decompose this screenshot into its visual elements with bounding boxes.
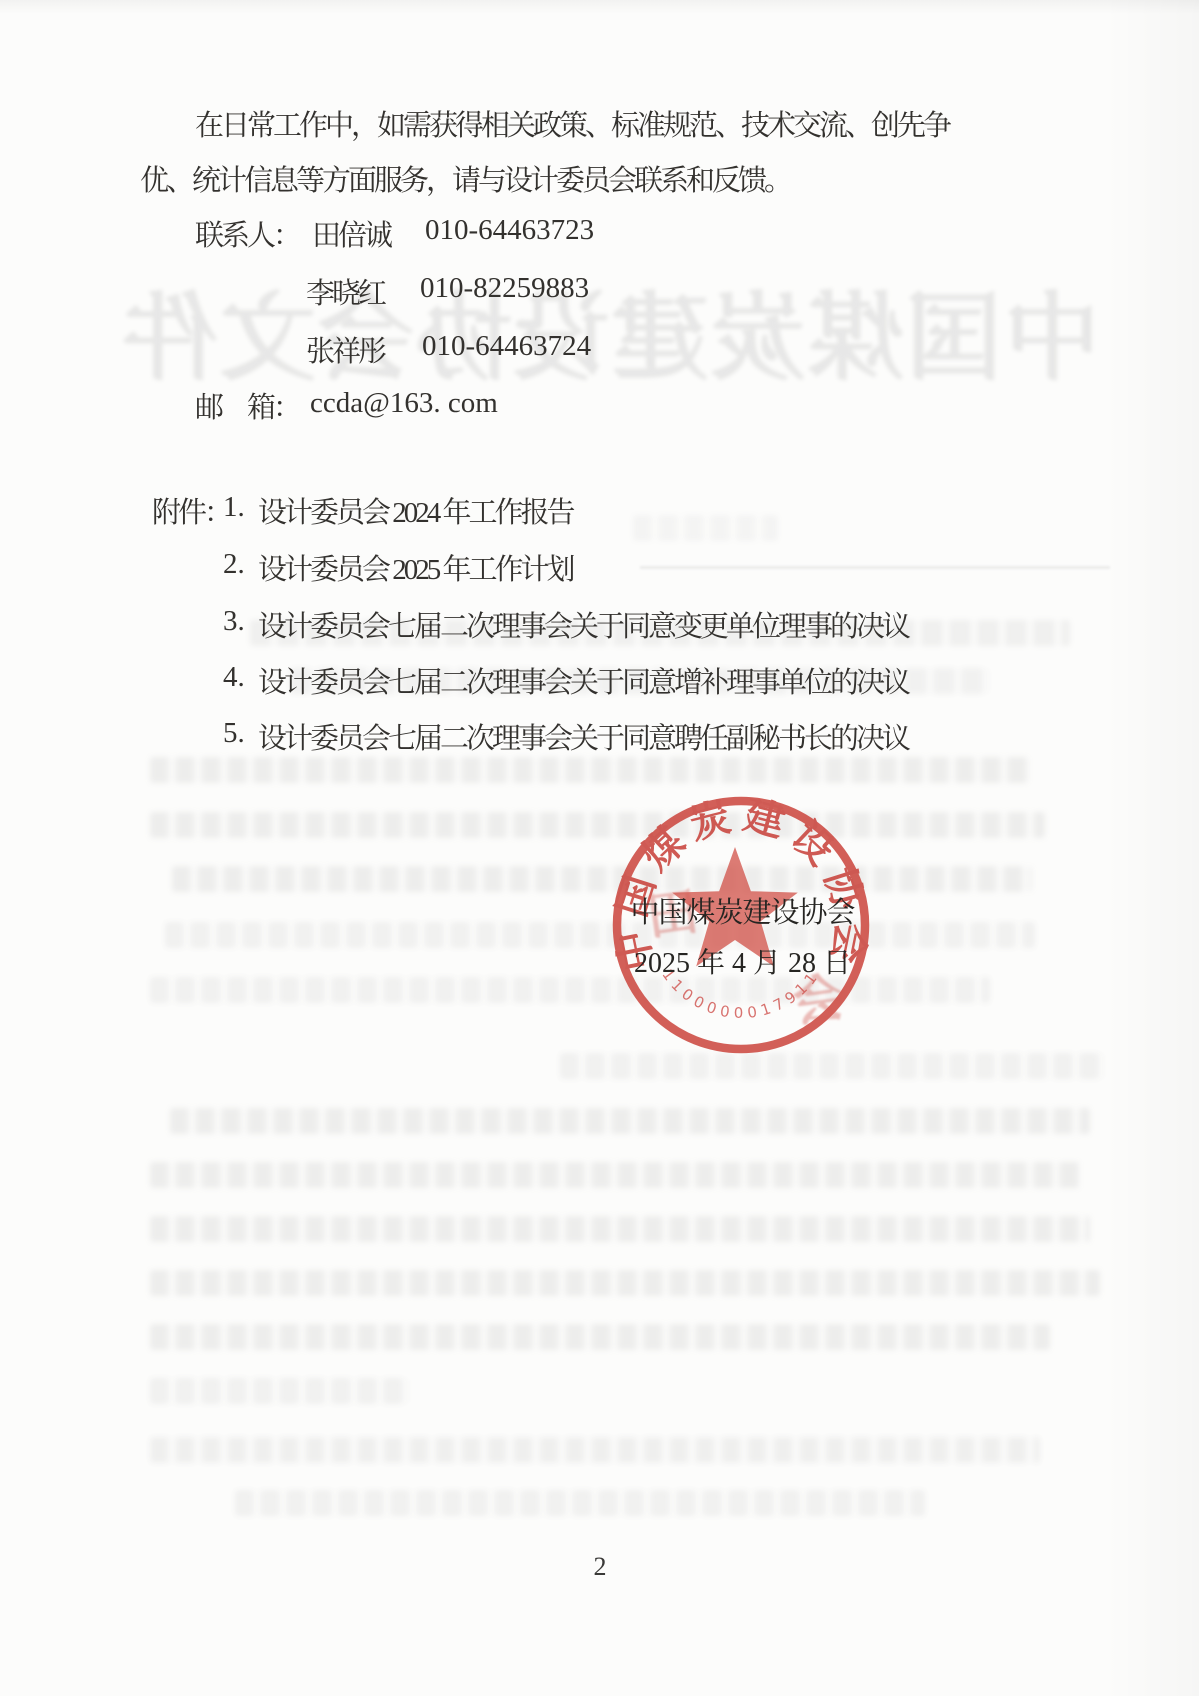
scan-streak [640,566,1110,569]
paragraph-line: 优、统计信息等方面服务，请与设计委员会联系和反馈。 [140,158,790,199]
attachment-item-number: 1. [223,491,245,524]
ghost-text-line [172,866,1032,892]
contact-name: 张祥彤 [306,329,384,370]
ghost-text-line [150,1216,1090,1242]
contact-name: 李晓红 [306,271,384,312]
contact-name: 田倍诚 [312,213,390,254]
contact-phone: 010-64463723 [425,214,594,247]
contact-phone: 010-82259883 [420,272,589,305]
attachment-item-number: 2. [223,548,245,581]
attachment-item: 设计委员会七届二次理事会关于同意变更单位理事的决议 [258,604,908,645]
ghost-text-line [560,1053,1105,1079]
ghost-text-line [633,515,778,541]
page-number: 2 [560,1552,640,1582]
signature-org: 中国煤炭建设协会 [620,890,865,931]
attachments-label: 附件： [152,490,230,531]
ghost-text-line [150,1324,1050,1350]
ghost-text-line [165,922,1035,948]
ghost-text-line [150,1270,1100,1296]
paragraph-line: 在日常工作中，如需获得相关政策、标准规范、技术交流、创先争 [195,103,949,144]
attachment-item: 设计委员会七届二次理事会关于同意增补理事单位的决议 [258,660,908,701]
attachment-item-number: 3. [223,605,245,638]
attachment-item-number: 4. [223,661,245,694]
ghost-text-line [150,1437,1040,1463]
contact-label: 联系人： [195,213,299,254]
attachment-item-number: 5. [223,717,245,750]
ghost-text-line [150,1162,1080,1188]
ghost-text-line [150,812,1045,838]
email-label: 邮 箱： [195,385,299,426]
email-value: ccda@163. com [310,387,498,420]
attachment-item: 设计委员会 2024 年工作报告 [258,490,573,531]
document-page: 中国煤炭建设协会文件 在日常工作中，如需获得相关政策、标准规范、技术交流、创先争… [0,0,1199,1696]
attachment-item: 设计委员会七届二次理事会关于同意聘任副秘书长的决议 [258,716,908,757]
attachment-item: 设计委员会 2025 年工作计划 [258,547,573,588]
contact-phone: 010-64463724 [422,330,591,363]
ghost-text-line [170,1108,1090,1134]
ghost-text-line [150,757,1030,783]
ghost-text-line [150,1378,410,1404]
ghost-text-line [235,1490,925,1516]
signature-date: 2025 年 4 月 28 日 [610,941,875,981]
